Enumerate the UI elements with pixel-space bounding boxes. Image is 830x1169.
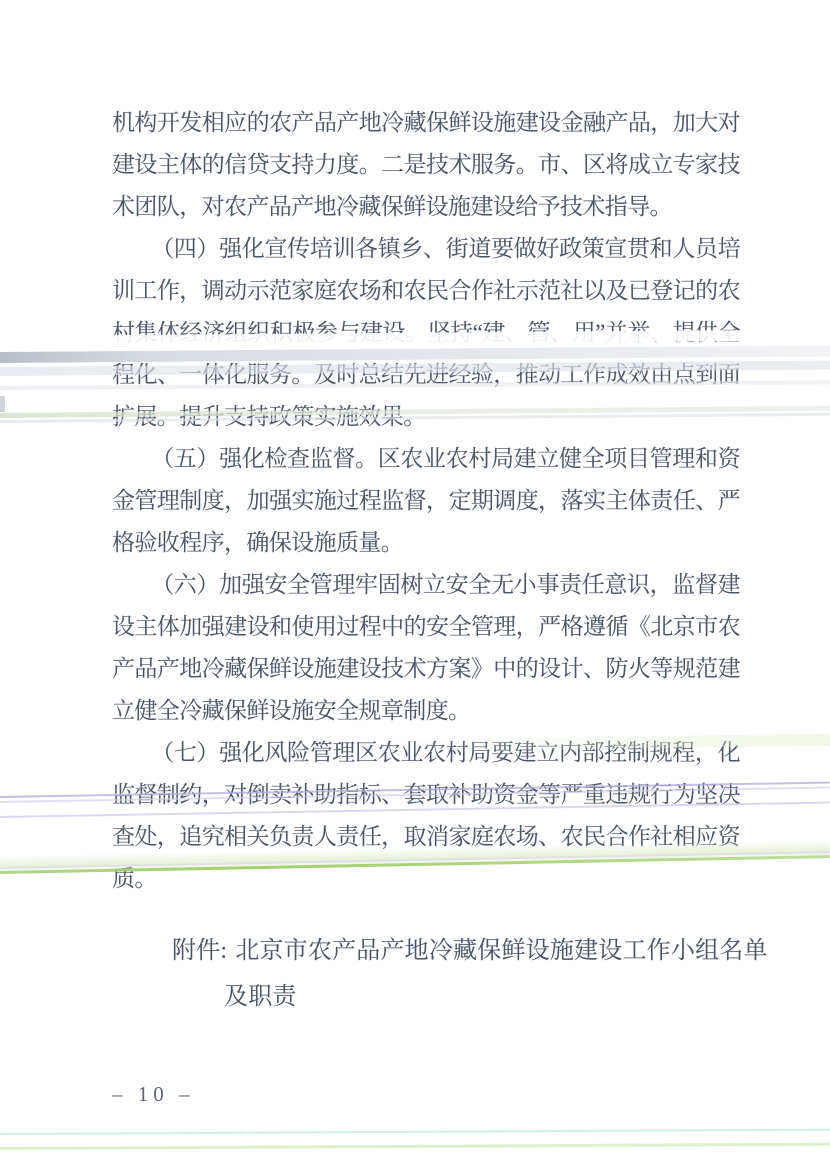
paragraph-item-7: （七）强化风险管理区农业农村局要建立内部控制规程，化监督制约，对倒卖补助指标、套… [112,732,740,900]
attachment-label: 附件: [172,938,227,964]
scan-artifact-bottom-teal-line [0,1129,830,1135]
attachment-line2: 及职责 [224,974,772,1020]
scan-artifact-bottom-green-line [0,1143,830,1150]
paragraph-item-6: （六）加强安全管理牢固树立安全无小事责任意识，监督建设主体加强建设和使用过程中的… [112,564,740,732]
page-number: – 10 – [112,1082,195,1107]
attachment-line1: 附件:北京市农产品产地冷藏保鲜设施建设工作小组名单 [172,928,772,974]
scan-artifact-edge-tick [0,396,5,412]
document-body: 机构开发相应的农产品产地冷藏保鲜设施建设金融产品，加大对建设主体的信贷支持力度。… [112,102,740,900]
paragraph-item-5: （五）强化检查监督。区农业农村局建立健全项目管理和资金管理制度，加强实施过程监督… [112,438,740,564]
paragraph-continuation: 机构开发相应的农产品产地冷藏保鲜设施建设金融产品，加大对建设主体的信贷支持力度。… [112,102,740,228]
paragraph-item-4: （四）强化宣传培训各镇乡、街道要做好政策宣贯和人员培训工作，调动示范家庭农场和农… [112,228,740,438]
attachment-title: 北京市农产品产地冷藏保鲜设施建设工作小组名单 [235,938,767,964]
attachment-note: 附件:北京市农产品产地冷藏保鲜设施建设工作小组名单 及职责 [172,928,772,1020]
scanned-document-page: 机构开发相应的农产品产地冷藏保鲜设施建设金融产品，加大对建设主体的信贷支持力度。… [0,0,830,1169]
